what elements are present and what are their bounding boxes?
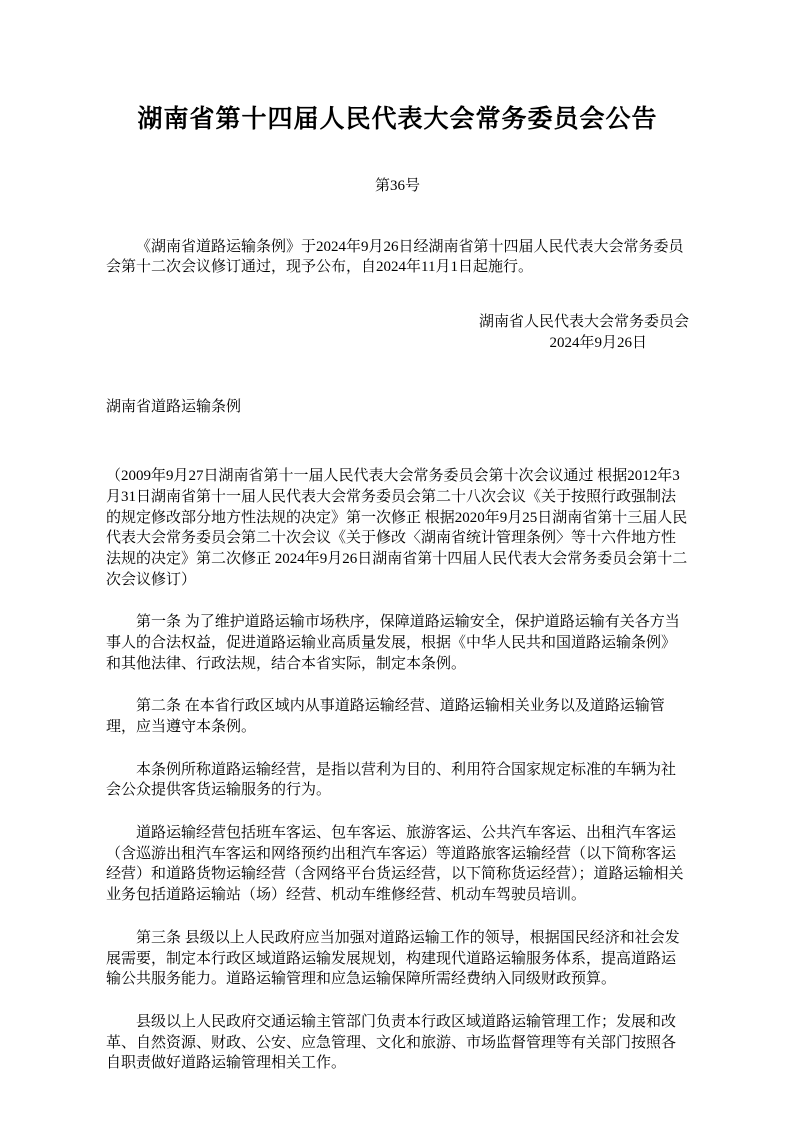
- announcement-body: 《湖南省道路运输条例》于2024年9月26日经湖南省第十四届人民代表大会常务委员…: [106, 237, 689, 278]
- enactment-note: （2009年9月27日湖南省第十一届人民代表大会常务委员会第十次会议通过 根据2…: [106, 466, 689, 590]
- issue-date: 2024年9月26日: [106, 333, 689, 354]
- article-2: 第二条 在本省行政区域内从事道路运输经营、道路运输相关业务以及道路运输管理，应当…: [106, 696, 689, 737]
- announcement-title: 湖南省第十四届人民代表大会常务委员会公告: [106, 104, 689, 134]
- article-2-definition: 本条例所称道路运输经营，是指以营利为目的、利用符合国家规定标准的车辆为社会公众提…: [106, 760, 689, 801]
- article-1: 第一条 为了维护道路运输市场秩序，保障道路运输安全，保护道路运输有关各方当事人的…: [106, 612, 689, 674]
- issuer-name: 湖南省人民代表大会常务委员会: [106, 312, 689, 333]
- document-number: 第36号: [106, 176, 689, 197]
- regulation-title: 湖南省道路运输条例: [106, 397, 689, 418]
- article-2-scope: 道路运输经营包括班车客运、包车客运、旅游客运、公共汽车客运、出租汽车客运（含巡游…: [106, 823, 689, 906]
- document-page: 湖南省第十四届人民代表大会常务委员会公告 第36号 《湖南省道路运输条例》于20…: [0, 0, 793, 1122]
- article-3: 第三条 县级以上人民政府应当加强对道路运输工作的领导，根据国民经济和社会发展需要…: [106, 928, 689, 990]
- article-3-departments: 县级以上人民政府交通运输主管部门负责本行政区域道路运输管理工作；发展和改革、自然…: [106, 1012, 689, 1074]
